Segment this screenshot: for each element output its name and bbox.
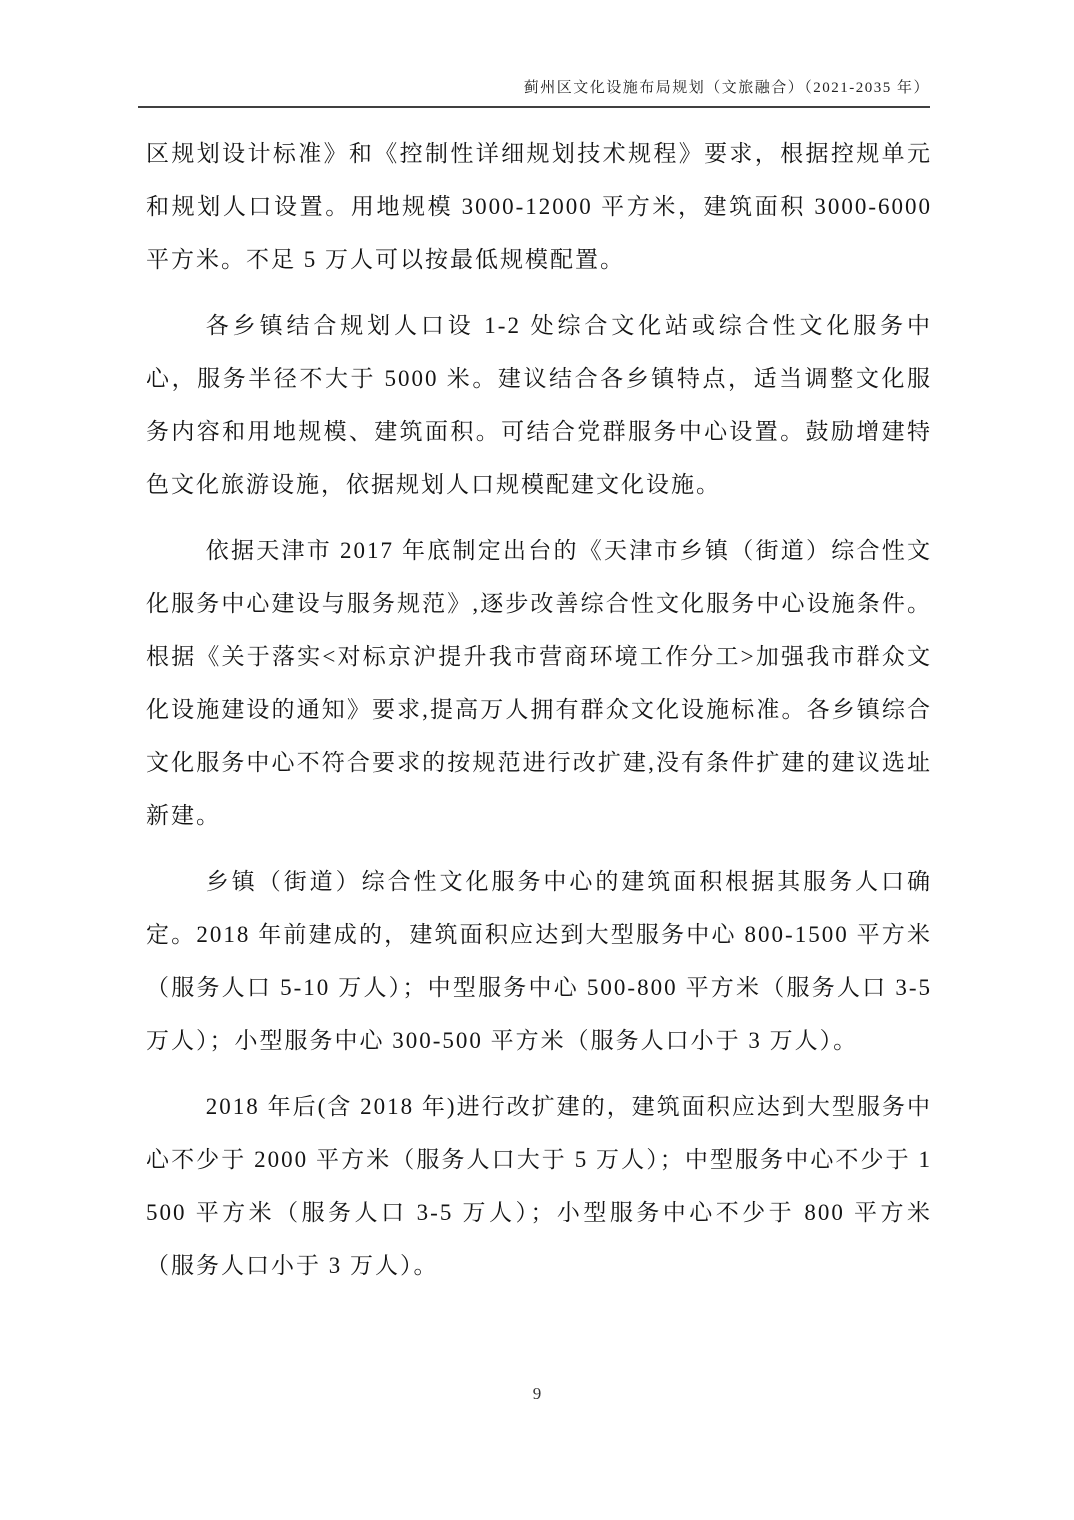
page-footer: 9 (0, 1384, 1074, 1404)
page-number: 9 (533, 1384, 542, 1403)
paragraph-continuation: 区规划设计标准》和《控制性详细规划技术规程》要求，根据控规单元和规划人口设置。用… (146, 127, 932, 286)
paragraph-post-2018-sizes: 2018 年后(含 2018 年)进行改扩建的，建筑面积应达到大型服务中心不少于… (146, 1080, 932, 1292)
paragraph-tianjin-standards: 依据天津市 2017 年底制定出台的《天津市乡镇（街道）综合性文化服务中心建设与… (146, 524, 932, 842)
page-header: 蓟州区文化设施布局规划（文旅融合）（2021-2035 年） (138, 76, 930, 108)
paragraph-pre-2018-sizes: 乡镇（街道）综合性文化服务中心的建筑面积根据其服务人口确定。2018 年前建成的… (146, 855, 932, 1067)
document-page: 蓟州区文化设施布局规划（文旅融合）（2021-2035 年） 区规划设计标准》和… (0, 0, 1074, 1520)
paragraph-township-stations: 各乡镇结合规划人口设 1-2 处综合文化站或综合性文化服务中心，服务半径不大于 … (146, 299, 932, 511)
running-header-title: 蓟州区文化设施布局规划（文旅融合）（2021-2035 年） (138, 76, 930, 97)
page-body: 区规划设计标准》和《控制性详细规划技术规程》要求，根据控规单元和规划人口设置。用… (146, 127, 932, 1305)
